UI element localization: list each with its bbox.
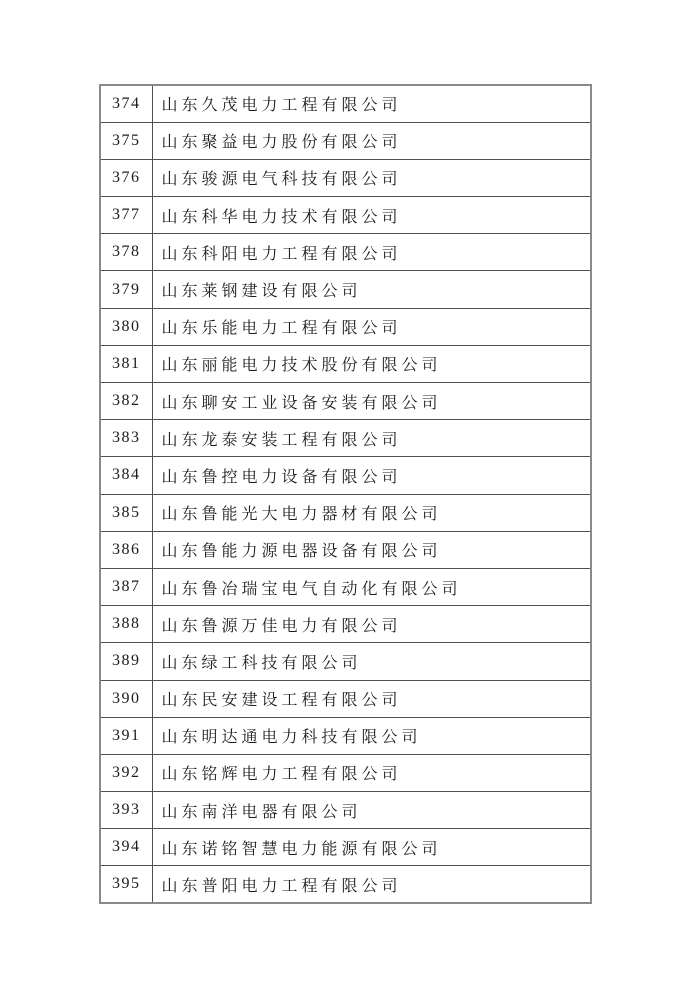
table-row: 390 山东民安建设工程有限公司 <box>100 680 591 717</box>
table-row: 392 山东铭辉电力工程有限公司 <box>100 754 591 791</box>
table-row: 387 山东鲁冶瑞宝电气自动化有限公司 <box>100 568 591 605</box>
table-row: 394 山东诺铭智慧电力能源有限公司 <box>100 829 591 866</box>
table-row: 389 山东绿工科技有限公司 <box>100 643 591 680</box>
row-number-cell: 377 <box>100 197 152 234</box>
table-row: 383 山东龙泰安装工程有限公司 <box>100 420 591 457</box>
company-name-cell: 山东乐能电力工程有限公司 <box>152 308 591 345</box>
company-name-cell: 山东鲁能光大电力器材有限公司 <box>152 494 591 531</box>
row-number-cell: 387 <box>100 568 152 605</box>
row-number-cell: 393 <box>100 792 152 829</box>
table-row: 381 山东丽能电力技术股份有限公司 <box>100 345 591 382</box>
table-row: 375 山东聚益电力股份有限公司 <box>100 122 591 159</box>
table-row: 386 山东鲁能力源电器设备有限公司 <box>100 531 591 568</box>
company-name-cell: 山东诺铭智慧电力能源有限公司 <box>152 829 591 866</box>
row-number-cell: 375 <box>100 122 152 159</box>
row-number-cell: 381 <box>100 345 152 382</box>
company-name-cell: 山东铭辉电力工程有限公司 <box>152 754 591 791</box>
row-number-cell: 389 <box>100 643 152 680</box>
company-name-cell: 山东科华电力技术有限公司 <box>152 197 591 234</box>
company-name-cell: 山东骏源电气科技有限公司 <box>152 159 591 196</box>
table-row: 377 山东科华电力技术有限公司 <box>100 197 591 234</box>
table-row: 382 山东聊安工业设备安装有限公司 <box>100 383 591 420</box>
table-row: 376 山东骏源电气科技有限公司 <box>100 159 591 196</box>
company-name-cell: 山东明达通电力科技有限公司 <box>152 717 591 754</box>
table-row: 378 山东科阳电力工程有限公司 <box>100 234 591 271</box>
company-name-cell: 山东鲁源万佳电力有限公司 <box>152 606 591 643</box>
table-row: 391 山东明达通电力科技有限公司 <box>100 717 591 754</box>
company-name-cell: 山东民安建设工程有限公司 <box>152 680 591 717</box>
row-number-cell: 386 <box>100 531 152 568</box>
row-number-cell: 382 <box>100 383 152 420</box>
table-row: 380 山东乐能电力工程有限公司 <box>100 308 591 345</box>
table-row: 374 山东久茂电力工程有限公司 <box>100 85 591 122</box>
table-row: 395 山东普阳电力工程有限公司 <box>100 866 591 903</box>
company-name-cell: 山东南洋电器有限公司 <box>152 792 591 829</box>
row-number-cell: 391 <box>100 717 152 754</box>
company-name-cell: 山东科阳电力工程有限公司 <box>152 234 591 271</box>
table-row: 385 山东鲁能光大电力器材有限公司 <box>100 494 591 531</box>
row-number-cell: 395 <box>100 866 152 903</box>
company-name-cell: 山东鲁能力源电器设备有限公司 <box>152 531 591 568</box>
table-row: 379 山东莱钢建设有限公司 <box>100 271 591 308</box>
row-number-cell: 379 <box>100 271 152 308</box>
company-name-cell: 山东普阳电力工程有限公司 <box>152 866 591 903</box>
company-name-cell: 山东鲁冶瑞宝电气自动化有限公司 <box>152 568 591 605</box>
row-number-cell: 374 <box>100 85 152 122</box>
table-row: 393 山东南洋电器有限公司 <box>100 792 591 829</box>
row-number-cell: 376 <box>100 159 152 196</box>
table-row: 384 山东鲁控电力设备有限公司 <box>100 457 591 494</box>
row-number-cell: 385 <box>100 494 152 531</box>
row-number-cell: 380 <box>100 308 152 345</box>
row-number-cell: 394 <box>100 829 152 866</box>
company-name-cell: 山东久茂电力工程有限公司 <box>152 85 591 122</box>
row-number-cell: 378 <box>100 234 152 271</box>
row-number-cell: 383 <box>100 420 152 457</box>
document-page: 374 山东久茂电力工程有限公司 375 山东聚益电力股份有限公司 376 山东… <box>0 0 700 990</box>
table-row: 388 山东鲁源万佳电力有限公司 <box>100 606 591 643</box>
table-body: 374 山东久茂电力工程有限公司 375 山东聚益电力股份有限公司 376 山东… <box>100 85 591 903</box>
company-name-cell: 山东绿工科技有限公司 <box>152 643 591 680</box>
company-name-cell: 山东龙泰安装工程有限公司 <box>152 420 591 457</box>
row-number-cell: 390 <box>100 680 152 717</box>
company-name-cell: 山东鲁控电力设备有限公司 <box>152 457 591 494</box>
company-name-cell: 山东聚益电力股份有限公司 <box>152 122 591 159</box>
row-number-cell: 388 <box>100 606 152 643</box>
company-list-table: 374 山东久茂电力工程有限公司 375 山东聚益电力股份有限公司 376 山东… <box>99 84 592 904</box>
company-name-cell: 山东丽能电力技术股份有限公司 <box>152 345 591 382</box>
company-name-cell: 山东莱钢建设有限公司 <box>152 271 591 308</box>
company-name-cell: 山东聊安工业设备安装有限公司 <box>152 383 591 420</box>
row-number-cell: 384 <box>100 457 152 494</box>
row-number-cell: 392 <box>100 754 152 791</box>
